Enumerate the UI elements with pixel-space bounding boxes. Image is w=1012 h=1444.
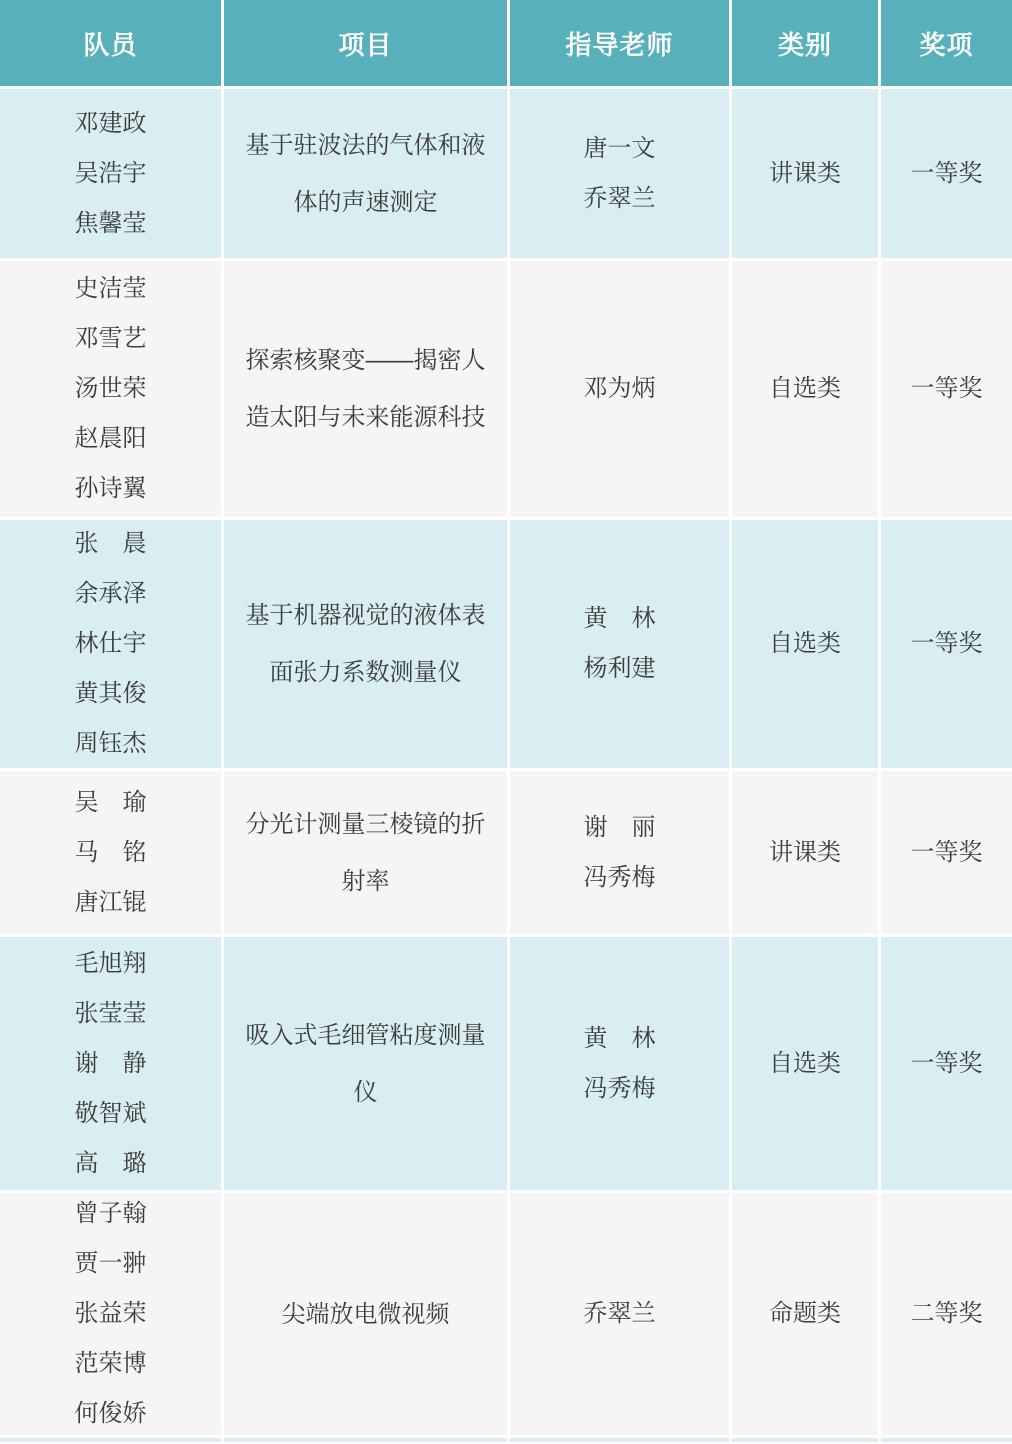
cell-award: 一等奖	[881, 937, 1012, 1190]
header-col-award: 奖项	[881, 0, 1012, 86]
member-name: 高 璐	[75, 1139, 147, 1189]
advisor-name: 冯秀梅	[584, 853, 656, 903]
award-table: 队员 项目 指导老师 类别 奖项 邓建政吴浩宇焦馨莹基于驻波法的气体和液体的声速…	[0, 0, 1012, 1442]
advisor-name: 乔翠兰	[584, 1289, 656, 1339]
cell-award: 二等奖	[881, 1193, 1012, 1435]
project-title: 吸入式毛细管粘度测量仪	[224, 1007, 507, 1121]
cell-award: 一等奖	[881, 771, 1012, 934]
project-title: 探索核聚变——揭密人造太阳与未来能源科技	[224, 332, 507, 446]
award-label: 二等奖	[911, 1299, 983, 1329]
member-name: 孙诗翼	[75, 464, 147, 514]
member-name: 马 铭	[75, 828, 147, 878]
advisor-name: 乔翠兰	[584, 174, 656, 224]
cell-award: 一等奖	[881, 520, 1012, 768]
header-col-project: 项目	[224, 0, 507, 86]
project-title: 分光计测量三棱镜的折射率	[224, 796, 507, 910]
cell-project: 尖端放电微视频	[224, 1193, 507, 1435]
member-name: 史洁莹	[75, 264, 147, 314]
header-col-advisors: 指导老师	[510, 0, 729, 86]
member-name: 张 晨	[75, 519, 147, 569]
member-name: 贾一翀	[75, 1239, 147, 1289]
member-name: 周钰杰	[75, 719, 147, 769]
cell-project: 探索核聚变——揭密人造太阳与未来能源科技	[224, 261, 507, 517]
partial-next-row-cell	[224, 1438, 507, 1442]
cell-members: 吴 瑜马 铭唐江锟	[0, 771, 221, 934]
cell-category: 讲课类	[732, 771, 878, 934]
cell-project: 分光计测量三棱镜的折射率	[224, 771, 507, 934]
member-name: 吴 瑜	[75, 778, 147, 828]
cell-members: 邓建政吴浩宇焦馨莹	[0, 89, 221, 258]
header-col-members: 队员	[0, 0, 221, 86]
member-name: 邓雪艺	[75, 314, 147, 364]
member-name: 林仕宇	[75, 619, 147, 669]
category-label: 命题类	[769, 1299, 841, 1329]
member-name: 毛旭翔	[75, 939, 147, 989]
award-label: 一等奖	[911, 629, 983, 659]
category-label: 自选类	[769, 374, 841, 404]
award-label: 一等奖	[911, 1049, 983, 1079]
category-label: 自选类	[769, 629, 841, 659]
member-name: 焦馨莹	[75, 199, 147, 249]
advisor-name: 谢 丽	[584, 803, 656, 853]
advisor-name: 黄 林	[584, 1014, 656, 1064]
member-name: 吴浩宇	[75, 149, 147, 199]
member-name: 何俊娇	[75, 1389, 147, 1439]
partial-next-row-cell	[881, 1438, 1012, 1442]
project-title: 基于机器视觉的液体表面张力系数测量仪	[224, 587, 507, 701]
partial-next-row-cell	[510, 1438, 729, 1442]
award-label: 一等奖	[911, 838, 983, 868]
member-name: 范荣博	[75, 1339, 147, 1389]
cell-advisors: 黄 林杨利建	[510, 520, 729, 768]
cell-category: 自选类	[732, 937, 878, 1190]
cell-advisors: 谢 丽冯秀梅	[510, 771, 729, 934]
cell-project: 吸入式毛细管粘度测量仪	[224, 937, 507, 1190]
project-title: 基于驻波法的气体和液体的声速测定	[224, 117, 507, 231]
advisor-name: 邓为炳	[584, 364, 656, 414]
member-name: 唐江锟	[75, 878, 147, 928]
member-name: 余承泽	[75, 569, 147, 619]
category-label: 讲课类	[769, 838, 841, 868]
cell-members: 曾子翰贾一翀张益荣范荣博何俊娇	[0, 1193, 221, 1435]
cell-category: 自选类	[732, 520, 878, 768]
advisor-name: 唐一文	[584, 124, 656, 174]
cell-members: 张 晨余承泽林仕宇黄其俊周钰杰	[0, 520, 221, 768]
partial-next-row-cell	[732, 1438, 878, 1442]
member-name: 张益荣	[75, 1289, 147, 1339]
cell-project: 基于机器视觉的液体表面张力系数测量仪	[224, 520, 507, 768]
advisor-name: 黄 林	[584, 594, 656, 644]
category-label: 讲课类	[769, 159, 841, 189]
header-col-category: 类别	[732, 0, 878, 86]
member-name: 邓建政	[75, 99, 147, 149]
cell-advisors: 乔翠兰	[510, 1193, 729, 1435]
cell-advisors: 黄 林冯秀梅	[510, 937, 729, 1190]
member-name: 赵晨阳	[75, 414, 147, 464]
award-label: 一等奖	[911, 374, 983, 404]
cell-category: 自选类	[732, 261, 878, 517]
project-title: 尖端放电微视频	[262, 1286, 470, 1343]
cell-members: 史洁莹邓雪艺汤世荣赵晨阳孙诗翼	[0, 261, 221, 517]
member-name: 敬智斌	[75, 1089, 147, 1139]
cell-category: 命题类	[732, 1193, 878, 1435]
cell-award: 一等奖	[881, 261, 1012, 517]
member-name: 张莹莹	[75, 989, 147, 1039]
advisor-name: 冯秀梅	[584, 1064, 656, 1114]
member-name: 谢 静	[75, 1039, 147, 1089]
cell-project: 基于驻波法的气体和液体的声速测定	[224, 89, 507, 258]
cell-members: 毛旭翔张莹莹谢 静敬智斌高 璐	[0, 937, 221, 1190]
award-label: 一等奖	[911, 159, 983, 189]
member-name: 黄其俊	[75, 669, 147, 719]
cell-advisors: 唐一文乔翠兰	[510, 89, 729, 258]
member-name: 汤世荣	[75, 364, 147, 414]
advisor-name: 杨利建	[584, 644, 656, 694]
cell-advisors: 邓为炳	[510, 261, 729, 517]
cell-award: 一等奖	[881, 89, 1012, 258]
member-name: 曾子翰	[75, 1189, 147, 1239]
category-label: 自选类	[769, 1049, 841, 1079]
cell-category: 讲课类	[732, 89, 878, 258]
partial-next-row-cell	[0, 1438, 221, 1442]
